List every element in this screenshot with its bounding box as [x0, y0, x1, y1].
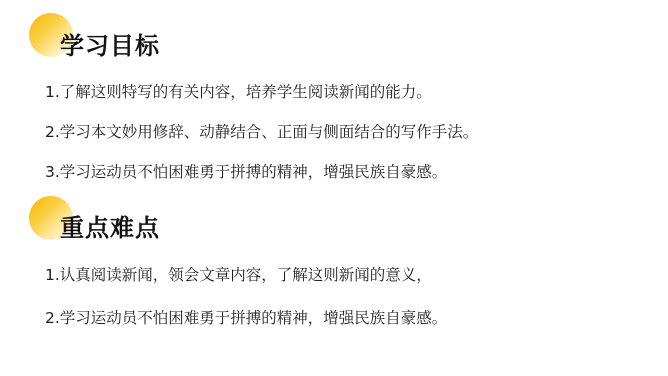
section-title-key-points: 重点难点 [60, 214, 160, 242]
key-point-item-2: 2.学习运动员不怕困难勇于拼搏的精神，增强民族自豪感。 [45, 308, 447, 328]
objective-item-3: 3.学习运动员不怕困难勇于拼搏的精神，增强民族自豪感。 [45, 162, 447, 182]
objective-item-1: 1.了解这则特写的有关内容，培养学生阅读新闻的能力。 [45, 82, 432, 102]
objective-item-2: 2.学习本文妙用修辞、动静结合、正面与侧面结合的写作手法。 [45, 122, 478, 142]
key-point-item-1: 1.认真阅读新闻，领会文章内容，了解这则新闻的意义， [45, 265, 432, 285]
section-title-learning-objectives: 学习目标 [60, 32, 160, 60]
